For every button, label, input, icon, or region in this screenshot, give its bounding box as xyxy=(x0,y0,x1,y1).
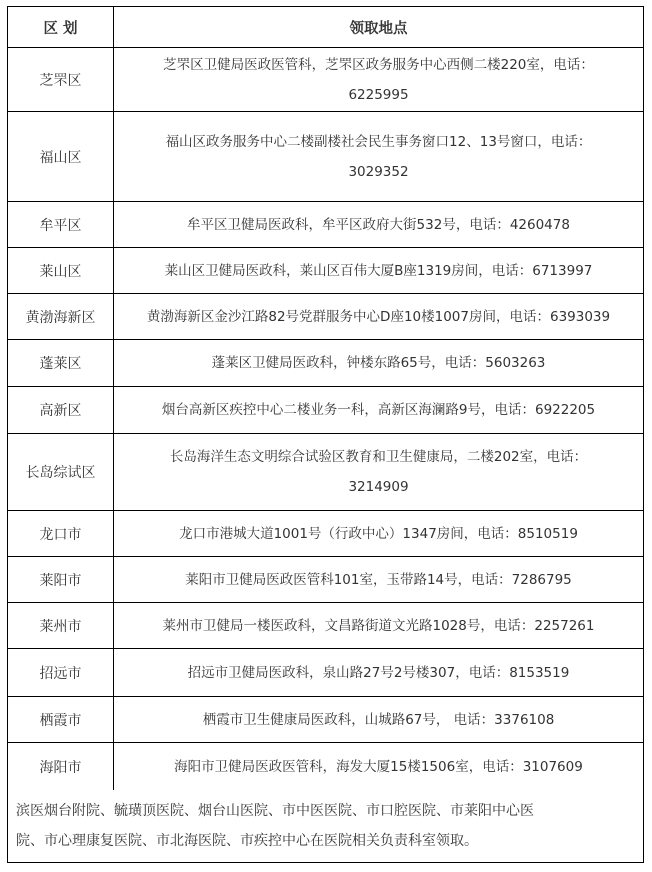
location-line: 黄渤海新区金沙江路82号党群服务中心D座10楼1007房间，电话：6393039 xyxy=(147,302,610,332)
location-line: 福山区政务服务中心二楼副楼社会民生事务窗口12、13号窗口，电话： xyxy=(166,127,592,157)
location-cell: 黄渤海新区金沙江路82号党群服务中心D座10楼1007房间，电话：6393039 xyxy=(114,294,643,339)
district-cell: 龙口市 xyxy=(8,511,114,556)
district-cell: 栖霞市 xyxy=(8,697,114,742)
location-cell: 芝罘区卫健局医政医管科，芝罘区政务服务中心西侧二楼220室，电话：6225995 xyxy=(114,48,643,111)
footer-line: 院、市心理康复医院、市北海医院、市疾控中心在医院相关负责科室领取。 xyxy=(16,826,534,856)
table-row: 牟平区牟平区卫健局医政科，牟平区政府大街532号，电话：4260478 xyxy=(8,202,643,248)
location-cell: 莱阳市卫健局医政医管科101室，玉带路14号，电话：7286795 xyxy=(114,557,643,602)
location-cell: 招远市卫健局医政科，泉山路27号2号楼307，电话：8153519 xyxy=(114,649,643,696)
location-cell: 莱山区卫健局医政科，莱山区百伟大厦B座1319房间，电话：6713997 xyxy=(114,248,643,293)
footer-line: 滨医烟台附院、毓璜顶医院、烟台山医院、市中医医院、市口腔医院、市莱阳中心医 xyxy=(16,796,534,826)
location-line: 招远市卫健局医政科，泉山路27号2号楼307，电话：8153519 xyxy=(188,658,570,688)
table-row: 长岛综试区长岛海洋生态文明综合试验区教育和卫生健康局，二楼202室，电话：321… xyxy=(8,434,643,511)
table-row: 高新区烟台高新区疾控中心二楼业务一科，高新区海澜路9号，电话：6922205 xyxy=(8,387,643,434)
district-cell: 芝罘区 xyxy=(8,48,114,111)
location-line: 栖霞市卫生健康局医政科，山城路67号， 电话：3376108 xyxy=(203,705,555,735)
location-line: 莱山区卫健局医政科，莱山区百伟大厦B座1319房间，电话：6713997 xyxy=(165,256,593,286)
table-row: 莱山区莱山区卫健局医政科，莱山区百伟大厦B座1319房间，电话：6713997 xyxy=(8,248,643,294)
pickup-locations-table: 区 划 领取地点 芝罘区芝罘区卫健局医政医管科，芝罘区政务服务中心西侧二楼220… xyxy=(7,6,644,863)
table-footer-row: 滨医烟台附院、毓璜顶医院、烟台山医院、市中医医院、市口腔医院、市莱阳中心医 院、… xyxy=(8,790,643,862)
footer-note: 滨医烟台附院、毓璜顶医院、烟台山医院、市中医医院、市口腔医院、市莱阳中心医 院、… xyxy=(8,790,542,862)
header-location: 领取地点 xyxy=(114,7,643,47)
location-cell: 莱州市卫健局一楼医政科，文昌路街道文光路1028号，电话：2257261 xyxy=(114,603,643,648)
location-line: 莱阳市卫健局医政医管科101室，玉带路14号，电话：7286795 xyxy=(185,565,572,595)
district-cell: 高新区 xyxy=(8,387,114,433)
table-row: 莱州市莱州市卫健局一楼医政科，文昌路街道文光路1028号，电话：2257261 xyxy=(8,603,643,649)
location-cell: 龙口市港城大道1001号（行政中心）1347房间，电话：8510519 xyxy=(114,511,643,556)
location-line: 莱州市卫健局一楼医政科，文昌路街道文光路1028号，电话：2257261 xyxy=(163,611,595,641)
district-cell: 招远市 xyxy=(8,649,114,696)
table-row: 海阳市海阳市卫健局医政医管科，海发大厦15楼1506室，电话：3107609 xyxy=(8,743,643,790)
table-row: 黄渤海新区黄渤海新区金沙江路82号党群服务中心D座10楼1007房间，电话：63… xyxy=(8,294,643,340)
table-row: 栖霞市栖霞市卫生健康局医政科，山城路67号， 电话：3376108 xyxy=(8,697,643,743)
location-line: 龙口市港城大道1001号（行政中心）1347房间，电话：8510519 xyxy=(179,519,578,549)
location-cell: 海阳市卫健局医政医管科，海发大厦15楼1506室，电话：3107609 xyxy=(114,743,643,790)
district-cell: 黄渤海新区 xyxy=(8,294,114,339)
location-cell: 福山区政务服务中心二楼副楼社会民生事务窗口12、13号窗口，电话：3029352 xyxy=(114,112,643,201)
location-line: 芝罘区卫健局医政医管科，芝罘区政务服务中心西侧二楼220室，电话： xyxy=(163,50,594,80)
table-row: 招远市招远市卫健局医政科，泉山路27号2号楼307，电话：8153519 xyxy=(8,649,643,697)
location-line: 长岛海洋生态文明综合试验区教育和卫生健康局，二楼202室，电话： xyxy=(170,442,587,472)
location-line: 3029352 xyxy=(348,157,408,187)
district-cell: 莱山区 xyxy=(8,248,114,293)
location-line: 牟平区卫健局医政科，牟平区政府大街532号，电话：4260478 xyxy=(187,210,570,240)
table-row: 福山区福山区政务服务中心二楼副楼社会民生事务窗口12、13号窗口，电话：3029… xyxy=(8,112,643,202)
table-row: 蓬莱区蓬莱区卫健局医政科，钟楼东路65号，电话：5603263 xyxy=(8,340,643,387)
district-cell: 莱州市 xyxy=(8,603,114,648)
location-cell: 长岛海洋生态文明综合试验区教育和卫生健康局，二楼202室，电话：3214909 xyxy=(114,434,643,510)
district-cell: 莱阳市 xyxy=(8,557,114,602)
location-line: 3214909 xyxy=(348,472,408,502)
location-line: 蓬莱区卫健局医政科，钟楼东路65号，电话：5603263 xyxy=(212,348,546,378)
table-row: 莱阳市莱阳市卫健局医政医管科101室，玉带路14号，电话：7286795 xyxy=(8,557,643,603)
table-header-row: 区 划 领取地点 xyxy=(8,7,643,48)
header-district: 区 划 xyxy=(8,7,114,47)
location-line: 海阳市卫健局医政医管科，海发大厦15楼1506室，电话：3107609 xyxy=(174,752,583,782)
location-line: 6225995 xyxy=(348,80,408,110)
location-cell: 烟台高新区疾控中心二楼业务一科，高新区海澜路9号，电话：6922205 xyxy=(114,387,643,433)
table-row: 龙口市龙口市港城大道1001号（行政中心）1347房间，电话：8510519 xyxy=(8,511,643,557)
district-cell: 海阳市 xyxy=(8,743,114,790)
location-cell: 栖霞市卫生健康局医政科，山城路67号， 电话：3376108 xyxy=(114,697,643,742)
district-cell: 长岛综试区 xyxy=(8,434,114,510)
table-row: 芝罘区芝罘区卫健局医政医管科，芝罘区政务服务中心西侧二楼220室，电话：6225… xyxy=(8,48,643,112)
location-cell: 蓬莱区卫健局医政科，钟楼东路65号，电话：5603263 xyxy=(114,340,643,386)
district-cell: 蓬莱区 xyxy=(8,340,114,386)
district-cell: 牟平区 xyxy=(8,202,114,247)
table-body: 芝罘区芝罘区卫健局医政医管科，芝罘区政务服务中心西侧二楼220室，电话：6225… xyxy=(8,48,643,790)
location-line: 烟台高新区疾控中心二楼业务一科，高新区海澜路9号，电话：6922205 xyxy=(162,395,595,425)
location-cell: 牟平区卫健局医政科，牟平区政府大街532号，电话：4260478 xyxy=(114,202,643,247)
district-cell: 福山区 xyxy=(8,112,114,201)
